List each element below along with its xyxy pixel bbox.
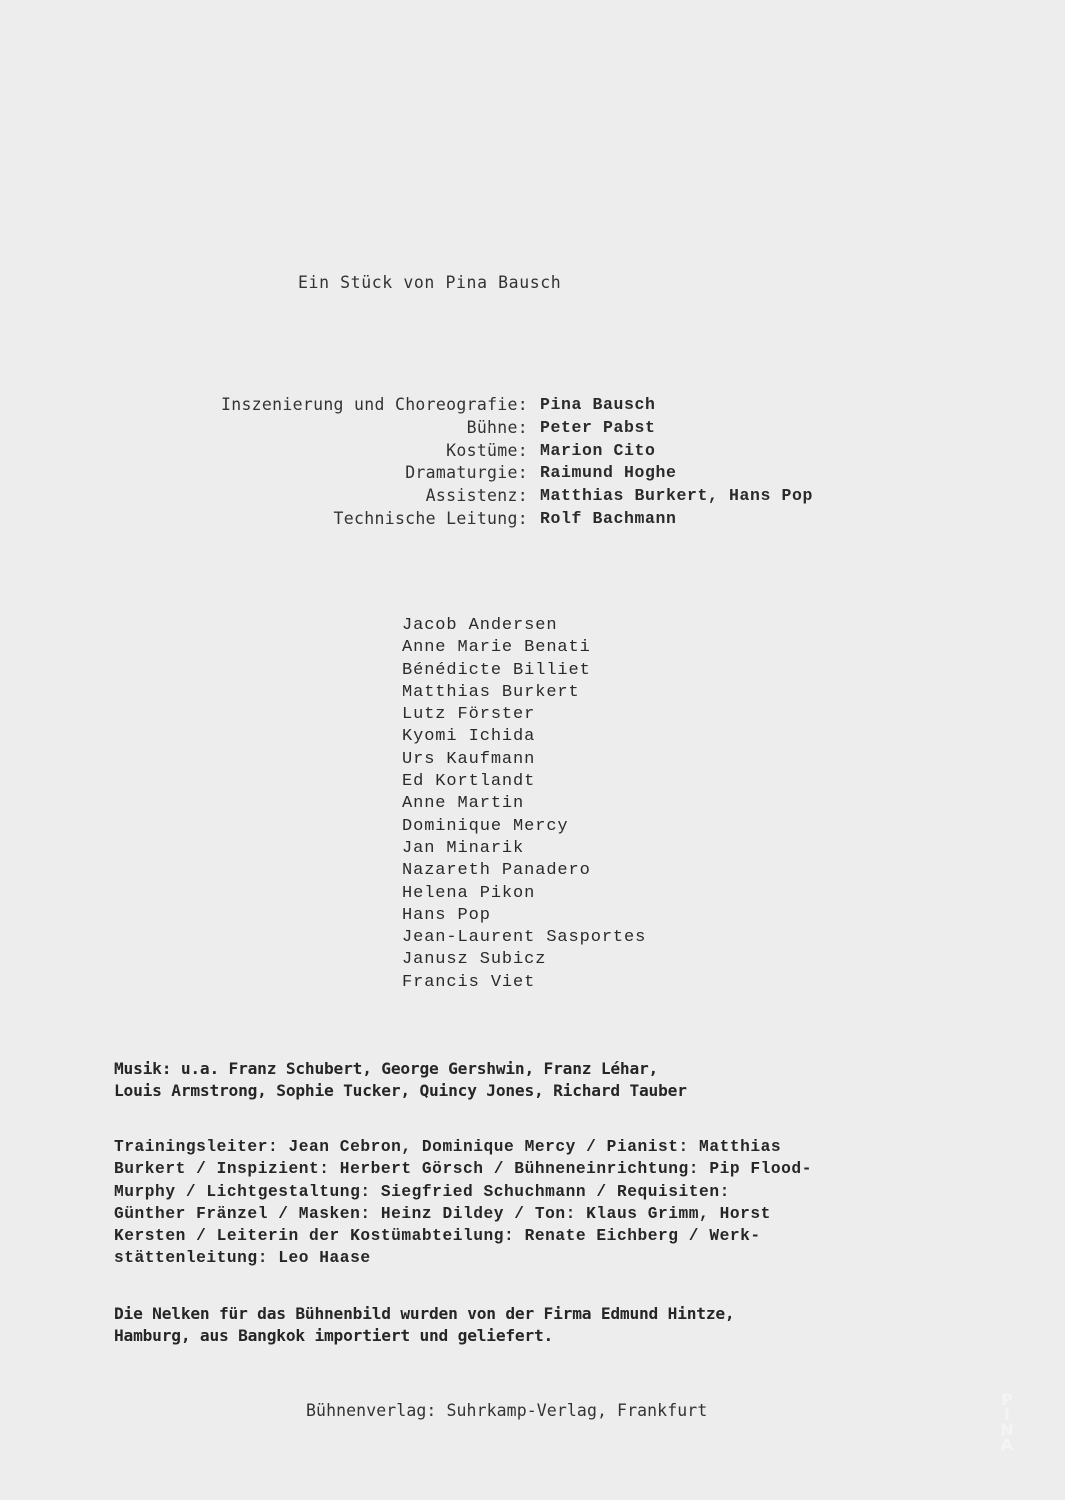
credit-row: Dramaturgie:Raimund Hoghe — [100, 462, 900, 485]
credits-list: Inszenierung und Choreografie:Pina Bausc… — [100, 394, 900, 531]
credit-row: Technische Leitung:Rolf Bachmann — [100, 508, 900, 531]
watermark-letter: A — [996, 1437, 1018, 1452]
cast-member: Hans Pop — [402, 905, 646, 927]
credit-row: Assistenz:Matthias Burkert, Hans Pop — [100, 485, 900, 508]
pina-logo-watermark: PINA — [996, 1392, 1018, 1452]
cast-member: Anne Marie Benati — [402, 637, 646, 659]
cast-member: Dominique Mercy — [402, 816, 646, 838]
cast-member: Lutz Förster — [402, 704, 646, 726]
cast-member: Jean-Laurent Sasportes — [402, 927, 646, 949]
credit-label: Inszenierung und Choreografie: — [100, 394, 540, 417]
staff-credits: Trainingsleiter: Jean Cebron, Dominique … — [114, 1136, 944, 1270]
credit-label: Bühne: — [100, 417, 540, 440]
credit-value: Rolf Bachmann — [540, 508, 677, 531]
credit-row: Kostüme:Marion Cito — [100, 440, 900, 463]
cast-member: Matthias Burkert — [402, 682, 646, 704]
cast-member: Anne Martin — [402, 793, 646, 815]
credit-value: Pina Bausch — [540, 394, 656, 417]
cast-member: Urs Kaufmann — [402, 749, 646, 771]
publisher-note: Bühnenverlag: Suhrkamp-Verlag, Frankfurt — [306, 1401, 707, 1420]
credit-value: Raimund Hoghe — [540, 462, 677, 485]
credit-row: Inszenierung und Choreografie:Pina Bausc… — [100, 394, 900, 417]
carnations-note: Die Nelken für das Bühnenbild wurden von… — [114, 1303, 944, 1348]
credit-value: Matthias Burkert, Hans Pop — [540, 485, 813, 508]
cast-member: Francis Viet — [402, 972, 646, 994]
subtitle: Ein Stück von Pina Bausch — [298, 273, 561, 292]
cast-member: Bénédicte Billiet — [402, 660, 646, 682]
credit-label: Dramaturgie: — [100, 462, 540, 485]
document-page: Ein Stück von Pina Bausch Inszenierung u… — [0, 0, 1065, 1500]
cast-member: Jan Minarik — [402, 838, 646, 860]
cast-member: Ed Kortlandt — [402, 771, 646, 793]
credit-value: Marion Cito — [540, 440, 656, 463]
credit-row: Bühne:Peter Pabst — [100, 417, 900, 440]
cast-member: Jacob Andersen — [402, 615, 646, 637]
credit-label: Technische Leitung: — [100, 508, 540, 531]
credit-label: Kostüme: — [100, 440, 540, 463]
cast-member: Janusz Subicz — [402, 949, 646, 971]
cast-member: Nazareth Panadero — [402, 860, 646, 882]
cast-member: Helena Pikon — [402, 883, 646, 905]
cast-member: Kyomi Ichida — [402, 726, 646, 748]
credit-value: Peter Pabst — [540, 417, 656, 440]
credit-label: Assistenz: — [100, 485, 540, 508]
music-credits: Musik: u.a. Franz Schubert, George Gersh… — [114, 1058, 944, 1103]
cast-list: Jacob AndersenAnne Marie BenatiBénédicte… — [402, 615, 646, 994]
